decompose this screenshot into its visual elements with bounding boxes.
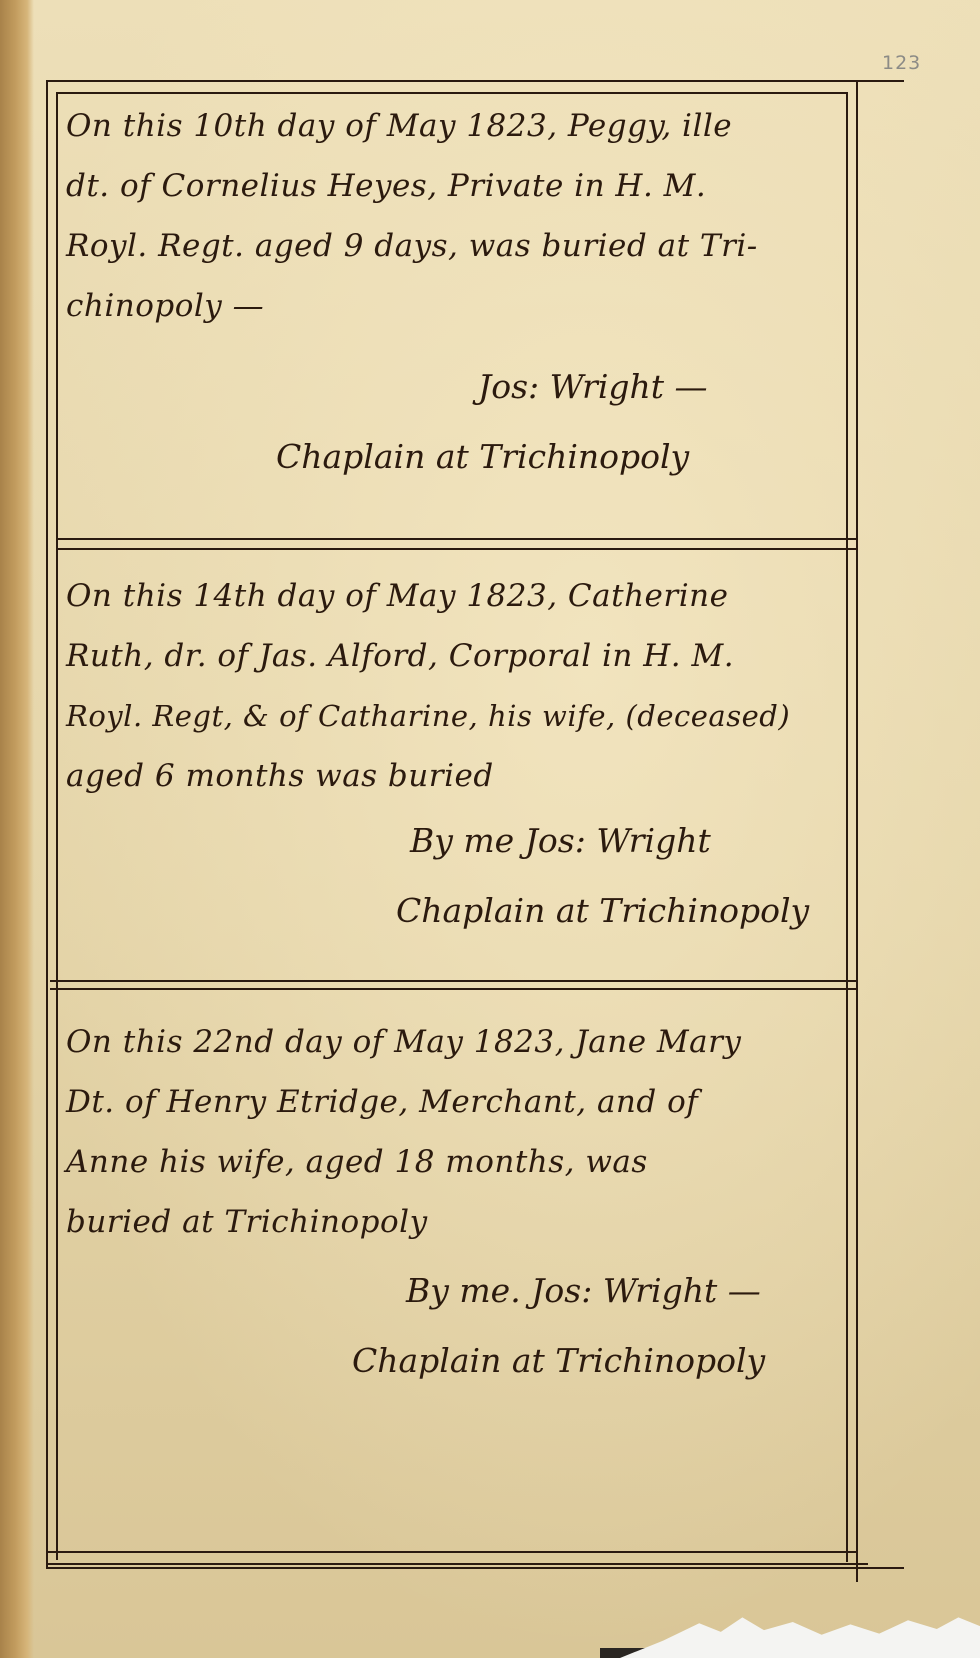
entry-divider-2a — [50, 980, 858, 982]
frame-top-rule-inner — [56, 92, 848, 94]
signature-name: Jos: Wright — — [66, 352, 866, 422]
burial-entry-2: On this 14th day of May 1823, Catherine … — [66, 566, 866, 946]
entry-text-line: chinopoly — — [66, 276, 866, 336]
frame-inner-left-rule — [56, 92, 58, 1560]
entry-divider-1a — [56, 538, 858, 540]
page-number: 123 — [882, 52, 921, 74]
entry-divider-1b — [56, 548, 858, 550]
entry-text-line: On this 14th day of May 1823, Catherine — [66, 566, 866, 626]
entry-text-line: dt. of Cornelius Heyes, Private in H. M. — [66, 156, 866, 216]
entry-text-line: Ruth, dr. of Jas. Alford, Corporal in H.… — [66, 626, 866, 686]
book-binding-edge — [0, 0, 34, 1658]
entry-text-line: Royl. Regt. aged 9 days, was buried at T… — [66, 216, 866, 276]
entry-text-line: buried at Trichinopoly — [66, 1192, 866, 1252]
entry-text-line: On this 22nd day of May 1823, Jane Mary — [66, 1012, 866, 1072]
signature-title: Chaplain at Trichinopoly — [66, 876, 866, 946]
signature-name: By me. Jos: Wright — — [66, 1256, 866, 1326]
entry-text-line: aged 6 months was buried — [66, 746, 866, 806]
signature-title: Chaplain at Trichinopoly — [66, 422, 866, 492]
entry-text-line: Royl. Regt, & of Catharine, his wife, (d… — [66, 686, 866, 746]
frame-bottom-rule-inner — [48, 1551, 858, 1553]
burial-entry-3: On this 22nd day of May 1823, Jane Mary … — [66, 1012, 866, 1396]
entry-text-line: Anne his wife, aged 18 months, was — [66, 1132, 866, 1192]
signature-name: By me Jos: Wright — [66, 806, 866, 876]
frame-bottom-rule-outer — [48, 1563, 868, 1565]
signature-title: Chaplain at Trichinopoly — [66, 1326, 866, 1396]
entry-text-line: Dt. of Henry Etridge, Merchant, and of — [66, 1072, 866, 1132]
entry-text-line: On this 10th day of May 1823, Peggy, ill… — [66, 96, 866, 156]
entry-divider-2b — [50, 988, 858, 990]
burial-entry-1: On this 10th day of May 1823, Peggy, ill… — [66, 96, 866, 492]
